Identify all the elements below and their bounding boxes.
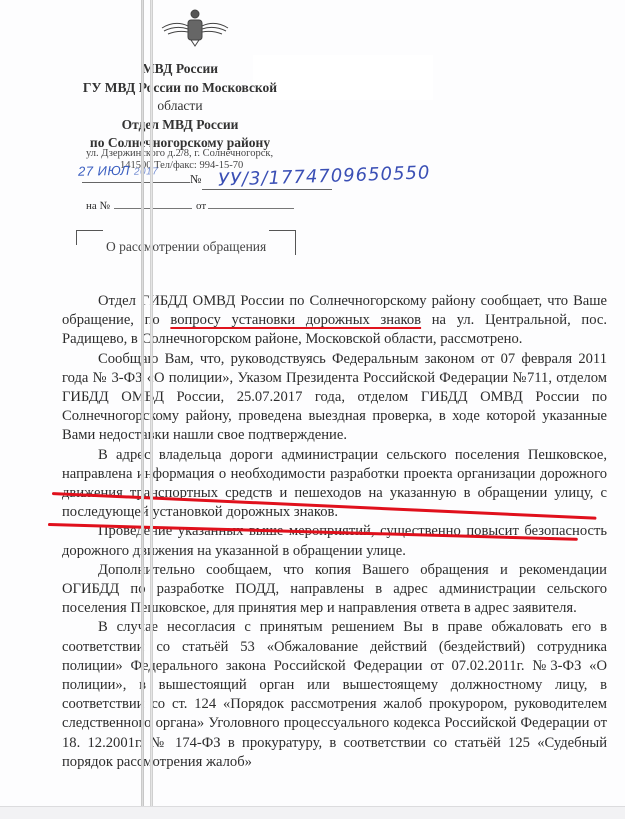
- number-label: №: [190, 172, 201, 187]
- scanned-letter-page: МВД России ГУ МВД России по Московской о…: [0, 0, 625, 819]
- address-line: ул. Дзержинского д.2/8, г. Солнечногорск…: [86, 148, 273, 160]
- letterhead-line: ГУ МВД России по Московской: [60, 79, 300, 98]
- letterhead-line: Отдел МВД России: [60, 116, 300, 135]
- corner-mark-left: [76, 230, 103, 245]
- corner-mark-right: [269, 230, 296, 255]
- subject-line: О рассмотрении обращения: [106, 239, 266, 255]
- blank-field: [208, 208, 294, 209]
- page-bottom-edge: [0, 806, 625, 819]
- date-underline: [82, 182, 190, 183]
- scan-fold-line: [150, 0, 153, 819]
- reply-to-label: на №: [86, 200, 110, 212]
- from-label: от: [196, 200, 206, 212]
- double-headed-eagle-emblem-icon: [160, 8, 230, 48]
- scan-fold-line: [141, 0, 144, 819]
- letterhead: МВД России ГУ МВД России по Московской о…: [60, 60, 300, 153]
- highlighted-text: вопросу установки дорожных знаков: [170, 312, 421, 328]
- reply-reference-line: на №от: [86, 200, 294, 212]
- stamp-date: 27 ИЮЛ: [78, 163, 130, 179]
- date-stamp: 27 ИЮЛ 2017: [78, 162, 158, 178]
- stamp-year: 2017: [134, 166, 158, 177]
- letterhead-line: области: [60, 97, 300, 116]
- blank-field: [114, 208, 192, 209]
- subject-block: О рассмотрении обращения: [76, 230, 296, 258]
- letterhead-line: МВД России: [60, 60, 300, 79]
